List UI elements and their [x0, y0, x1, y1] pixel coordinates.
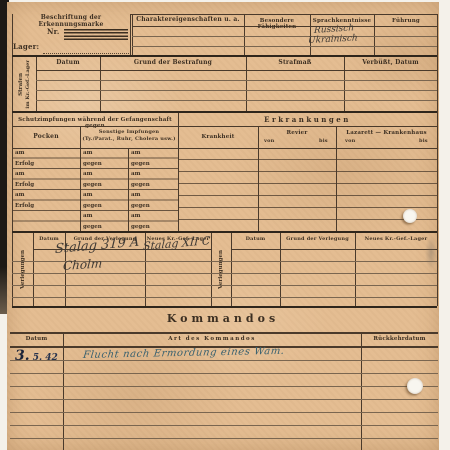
vaccinations-col-other-line1: Sonstige Impfungen: [80, 130, 178, 136]
tag-number-ruled-lines: [64, 29, 128, 41]
rule-heavy: [12, 306, 437, 308]
rule-vertical: [33, 233, 34, 306]
vaccination-cell-label: am: [80, 148, 128, 159]
rule-heavy: [12, 55, 437, 57]
rule-horizontal: [10, 425, 438, 426]
kommando-entry-date: 3. 5. 42: [15, 348, 58, 364]
rule-horizontal: [10, 373, 438, 374]
rule-vertical: [361, 332, 362, 450]
illnesses-lazarett-bis: bis: [419, 139, 428, 145]
punishments-col-served: Verbüßt, Datum: [344, 60, 437, 67]
rule-vertical: [355, 233, 356, 306]
rule-horizontal: [36, 100, 437, 101]
rule-horizontal: [12, 285, 437, 286]
kommandos-col-art: Art des Kommandos: [63, 336, 361, 342]
illnesses-revier-von: von: [264, 139, 274, 145]
rule-horizontal: [12, 297, 437, 298]
rule-horizontal: [132, 36, 437, 37]
rule-horizontal: [12, 273, 437, 274]
camp-dotted-line: [43, 44, 129, 54]
character-traits-header: Charaktereigenschaften u. a.: [132, 17, 244, 24]
vaccination-cell-label: am: [80, 190, 128, 201]
pow-record-card: Beschriftung der Erkennungsmarke Nr. Lag…: [7, 2, 439, 450]
vaccination-cell-label: gegen: [128, 159, 178, 170]
rule-vertical: [437, 14, 438, 306]
vaccination-cell-label: am: [80, 169, 128, 180]
tag-number-label: Nr.: [47, 28, 59, 36]
illnesses-title: Erkrankungen: [178, 116, 437, 124]
vaccination-rows-grid: am am am Erfolg gegen gegen am am am Erf…: [12, 148, 178, 232]
punishments-side-label-line2: im Kr.-Gef.-Lager: [25, 60, 31, 109]
conduct-header: Führung: [375, 18, 437, 24]
vaccination-cell-label: gegen: [80, 180, 128, 191]
transfers-right-col-reason: Grund der Verlegung: [280, 237, 355, 243]
kommando-entry-description: Flucht nach Ermordung eines Wam.: [82, 346, 285, 361]
punishments-side-label: Strafen im Kr.-Gef.-Lager: [12, 57, 36, 111]
rule-horizontal: [10, 438, 438, 439]
rule-horizontal: [10, 332, 438, 334]
vaccination-cell-label: am: [12, 148, 80, 159]
illnesses-revier-bis: bis: [319, 139, 328, 145]
punishments-col-measure: Strafmaß: [246, 60, 344, 67]
punishments-side-label-line1: Strafen: [18, 73, 24, 96]
vaccination-cell-label: am: [12, 190, 80, 201]
kommandos-col-return: Rückkehrdatum: [361, 336, 438, 342]
vaccination-cell-label: am: [128, 169, 178, 180]
vaccination-cell-label: Erfolg: [12, 159, 80, 170]
vaccinations-col-other-line2: (Ty./Parat., Ruhr, Cholera usw.): [80, 137, 178, 143]
illness-rows-lines: [178, 148, 437, 232]
rule-horizontal: [10, 360, 438, 361]
camp-label: Lager:: [13, 43, 39, 51]
rule-horizontal: [12, 126, 437, 127]
vaccination-cell-label: [12, 211, 80, 222]
rule-heavy: [12, 111, 437, 113]
tag-inscription-label: Beschriftung der Erkennungsmarke: [15, 15, 127, 29]
vaccination-cell-label: Erfolg: [12, 180, 80, 191]
rule-vertical: [63, 332, 64, 450]
rule-horizontal: [10, 399, 438, 400]
rule-horizontal: [10, 386, 438, 387]
rule-horizontal: [36, 80, 437, 81]
vaccination-cell-label: gegen: [128, 201, 178, 212]
scan-smudge: [425, 236, 437, 270]
hole-punch-top: [403, 209, 417, 223]
rule-vertical: [231, 233, 232, 306]
vaccination-cell-label: gegen: [80, 159, 128, 170]
transfer-entry-reason-line2: Cholm: [63, 256, 103, 273]
illnesses-col-lazarett: Lazarett — Krankenhaus: [336, 130, 437, 136]
vaccination-cell-label: Erfolg: [12, 201, 80, 212]
transfers-right-col-datum: Datum: [231, 237, 280, 243]
rule-horizontal: [130, 14, 437, 15]
rule-horizontal: [132, 46, 437, 47]
vaccinations-col-pocken: Pocken: [12, 134, 80, 141]
vaccination-cell-label: am: [80, 211, 128, 222]
punishments-col-reason: Grund der Bestrafung: [100, 60, 246, 67]
rule-horizontal: [231, 249, 437, 250]
vaccination-cell-label: am: [128, 190, 178, 201]
illnesses-lazarett-von: von: [345, 139, 355, 145]
punishments-col-datum: Datum: [36, 60, 100, 67]
special-abilities-header: Besondere Fähigkeiten: [245, 18, 309, 31]
transfers-left-side-label: Verlegungen: [12, 233, 33, 306]
illnesses-col-krankheit: Krankheit: [178, 134, 258, 140]
rule-horizontal: [36, 70, 437, 71]
transfers-side-label-text: Verlegungen: [20, 250, 26, 289]
vaccination-cell-label: gegen: [128, 180, 178, 191]
language-entry-ukrainian: Ukrainisch: [308, 33, 358, 46]
vaccination-cell-label: am: [128, 148, 178, 159]
transfers-side-label-text: Verlegungen: [218, 250, 224, 289]
kommandos-col-datum: Datum: [10, 336, 63, 342]
rule-vertical: [280, 233, 281, 306]
rule-horizontal: [10, 412, 438, 413]
kommandos-title: Kommandos: [7, 313, 439, 326]
hole-punch-bottom: [407, 378, 423, 394]
transfers-right-side-label: Verlegungen: [211, 233, 231, 306]
illnesses-col-revier: Revier: [258, 130, 336, 136]
rule-vertical: [130, 14, 131, 55]
vaccination-cell-label: am: [128, 211, 178, 222]
vaccination-cell-label: am: [12, 169, 80, 180]
rule-horizontal: [36, 90, 437, 91]
vaccinations-title: Schutzimpfungen während der Gefangenscha…: [12, 117, 178, 130]
vaccination-cell-label: gegen: [80, 201, 128, 212]
